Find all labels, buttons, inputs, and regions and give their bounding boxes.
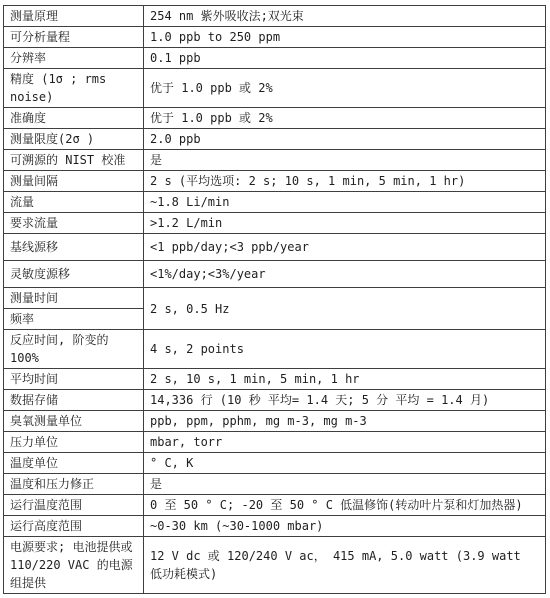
- spec-label: 压力单位: [4, 432, 144, 453]
- table-row: 数据存储 14,336 行 (10 秒 平均= 1.4 天; 5 分 平均 = …: [4, 390, 546, 411]
- table-row: 测量间隔 2 s (平均选项: 2 s; 10 s, 1 min, 5 min,…: [4, 171, 546, 192]
- table-row: 臭氧测量单位 ppb, ppm, pphm, mg m-3, mg m-3: [4, 411, 546, 432]
- spec-label: 流量: [4, 192, 144, 213]
- spec-label: 温度单位: [4, 453, 144, 474]
- spec-value: 2 s, 10 s, 1 min, 5 min, 1 hr: [144, 369, 546, 390]
- table-row: 运行高度范围 ~0-30 km (~30-1000 mbar): [4, 516, 546, 537]
- table-row: 温度单位 ° C, K: [4, 453, 546, 474]
- table-row: 准确度 优于 1.0 ppb 或 2%: [4, 108, 546, 129]
- spec-label: 测量间隔: [4, 171, 144, 192]
- spec-label: 分辨率: [4, 48, 144, 69]
- table-row: 平均时间 2 s, 10 s, 1 min, 5 min, 1 hr: [4, 369, 546, 390]
- spec-label: 运行温度范围: [4, 495, 144, 516]
- table-row: 灵敏度源移 <1%/day;<3%/year: [4, 261, 546, 288]
- spec-label: 电源要求; 电池提供或 110/220 VAC 的电源组提供: [4, 537, 144, 594]
- table-row: 流量 ~1.8 Li/min: [4, 192, 546, 213]
- table-row: 基线源移 <1 ppb/day;<3 ppb/year: [4, 234, 546, 261]
- spec-value: 是: [144, 474, 546, 495]
- spec-label: 平均时间: [4, 369, 144, 390]
- spec-value: 2.0 ppb: [144, 129, 546, 150]
- spec-label: 测量原理: [4, 6, 144, 27]
- table-row: 温度和压力修正 是: [4, 474, 546, 495]
- spec-value: ppb, ppm, pphm, mg m-3, mg m-3: [144, 411, 546, 432]
- spec-label: 灵敏度源移: [4, 261, 144, 288]
- spec-label: 测量限度(2σ ): [4, 129, 144, 150]
- spec-label: 准确度: [4, 108, 144, 129]
- spec-label: 臭氧测量单位: [4, 411, 144, 432]
- spec-value: 是: [144, 150, 546, 171]
- spec-table: 测量原理 254 nm 紫外吸收法;双光束 可分析量程 1.0 ppb to 2…: [3, 5, 546, 594]
- table-row: 可溯源的 NIST 校准 是: [4, 150, 546, 171]
- spec-label: 温度和压力修正: [4, 474, 144, 495]
- spec-label: 频率: [4, 309, 144, 330]
- spec-value: 0 至 50 ° C; -20 至 50 ° C 低温修饰(转动叶片泵和灯加热器…: [144, 495, 546, 516]
- table-row: 测量时间 2 s, 0.5 Hz: [4, 288, 546, 309]
- table-row: 要求流量 >1.2 L/min: [4, 213, 546, 234]
- spec-value: 2 s, 0.5 Hz: [144, 288, 546, 330]
- table-row: 测量原理 254 nm 紫外吸收法;双光束: [4, 6, 546, 27]
- table-row: 分辨率 0.1 ppb: [4, 48, 546, 69]
- table-row: 运行温度范围 0 至 50 ° C; -20 至 50 ° C 低温修饰(转动叶…: [4, 495, 546, 516]
- table-row: 测量限度(2σ ) 2.0 ppb: [4, 129, 546, 150]
- spec-label: 测量时间: [4, 288, 144, 309]
- spec-value: 2 s (平均选项: 2 s; 10 s, 1 min, 5 min, 1 hr…: [144, 171, 546, 192]
- spec-value: 4 s, 2 points: [144, 330, 546, 369]
- spec-label: 基线源移: [4, 234, 144, 261]
- table-row: 压力单位 mbar, torr: [4, 432, 546, 453]
- spec-value: 优于 1.0 ppb 或 2%: [144, 69, 546, 108]
- spec-value: <1%/day;<3%/year: [144, 261, 546, 288]
- spec-label: 运行高度范围: [4, 516, 144, 537]
- table-row: 可分析量程 1.0 ppb to 250 ppm: [4, 27, 546, 48]
- spec-value: 12 V dc 或 120/240 V ac， 415 mA, 5.0 watt…: [144, 537, 546, 594]
- spec-value: mbar, torr: [144, 432, 546, 453]
- spec-label: 反应时间, 阶变的 100%: [4, 330, 144, 369]
- spec-label: 要求流量: [4, 213, 144, 234]
- table-row: 精度 (1σ ; rms noise) 优于 1.0 ppb 或 2%: [4, 69, 546, 108]
- spec-value: ~1.8 Li/min: [144, 192, 546, 213]
- spec-label: 可分析量程: [4, 27, 144, 48]
- spec-value: ° C, K: [144, 453, 546, 474]
- spec-value: 254 nm 紫外吸收法;双光束: [144, 6, 546, 27]
- spec-value: >1.2 L/min: [144, 213, 546, 234]
- spec-value: 1.0 ppb to 250 ppm: [144, 27, 546, 48]
- spec-value: <1 ppb/day;<3 ppb/year: [144, 234, 546, 261]
- spec-label: 数据存储: [4, 390, 144, 411]
- spec-value: 优于 1.0 ppb 或 2%: [144, 108, 546, 129]
- spec-value: ~0-30 km (~30-1000 mbar): [144, 516, 546, 537]
- table-row: 反应时间, 阶变的 100% 4 s, 2 points: [4, 330, 546, 369]
- spec-value: 14,336 行 (10 秒 平均= 1.4 天; 5 分 平均 = 1.4 月…: [144, 390, 546, 411]
- table-row: 电源要求; 电池提供或 110/220 VAC 的电源组提供 12 V dc 或…: [4, 537, 546, 594]
- spec-label: 可溯源的 NIST 校准: [4, 150, 144, 171]
- spec-value: 0.1 ppb: [144, 48, 546, 69]
- spec-label: 精度 (1σ ; rms noise): [4, 69, 144, 108]
